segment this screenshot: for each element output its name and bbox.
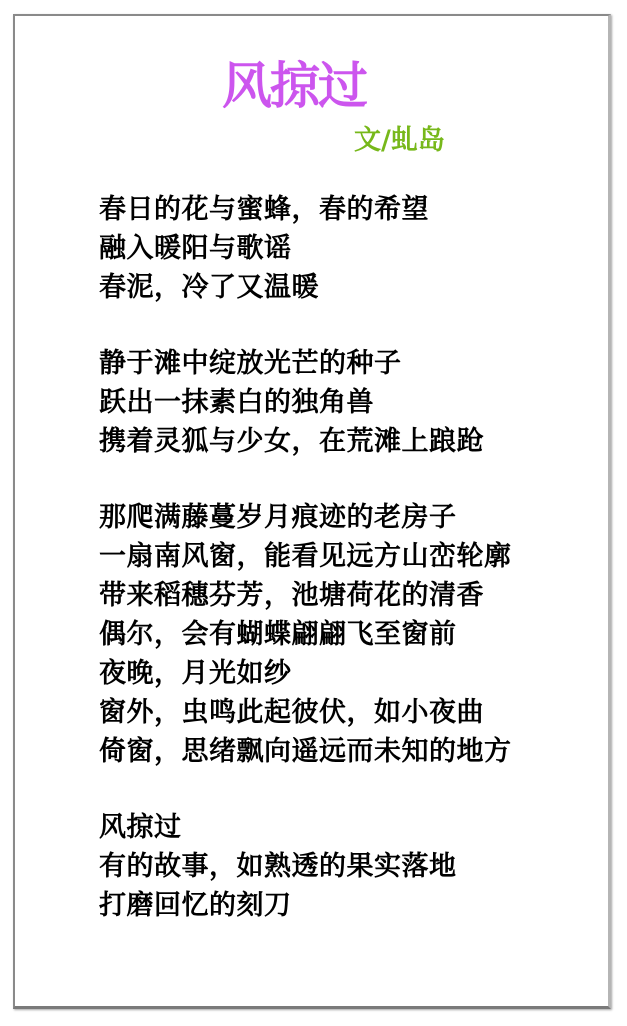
poem-line: 带来稻穗芬芳，池塘荷花的清香 (99, 576, 512, 615)
poem-line: 有的故事，如熟透的果实落地 (99, 847, 512, 886)
stanza-4: 风掠过 有的故事，如熟透的果实落地 打磨回忆的刻刀 (99, 808, 512, 925)
poem-line: 倚窗，思绪飘向遥远而未知的地方 (99, 732, 512, 771)
stanza-1: 春日的花与蜜蜂，春的希望 融入暖阳与歌谣 春泥，冷了又温暖 (99, 190, 512, 307)
stanza-2: 静于滩中绽放光芒的种子 跃出一抹素白的独角兽 携着灵狐与少女，在荒滩上踉跄 (99, 344, 512, 461)
poem-line: 春日的花与蜜蜂，春的希望 (99, 190, 512, 229)
poem-line: 风掠过 (99, 808, 512, 847)
poem-line: 融入暖阳与歌谣 (99, 229, 512, 268)
poem-line: 打磨回忆的刻刀 (99, 886, 512, 925)
poem-line: 携着灵狐与少女，在荒滩上踉跄 (99, 422, 512, 461)
poem-body: 春日的花与蜜蜂，春的希望 融入暖阳与歌谣 春泥，冷了又温暖 静于滩中绽放光芒的种… (99, 190, 512, 962)
stanza-3: 那爬满藤蔓岁月痕迹的老房子 一扇南风窗，能看见远方山峦轮廓 带来稻穗芬芳，池塘荷… (99, 498, 512, 771)
poem-line: 一扇南风窗，能看见远方山峦轮廓 (99, 537, 512, 576)
poem-line: 夜晚，月光如纱 (99, 654, 512, 693)
poem-line: 那爬满藤蔓岁月痕迹的老房子 (99, 498, 512, 537)
poem-title: 风掠过 (222, 56, 366, 116)
poem-line: 偶尔，会有蝴蝶翩翩飞至窗前 (99, 615, 512, 654)
poem-line: 静于滩中绽放光芒的种子 (99, 344, 512, 383)
poem-author: 文/虬岛 (354, 124, 445, 158)
poem-line: 跃出一抹素白的独角兽 (99, 383, 512, 422)
poem-line: 窗外，虫鸣此起彼伏，如小夜曲 (99, 693, 512, 732)
poem-line: 春泥，冷了又温暖 (99, 268, 512, 307)
